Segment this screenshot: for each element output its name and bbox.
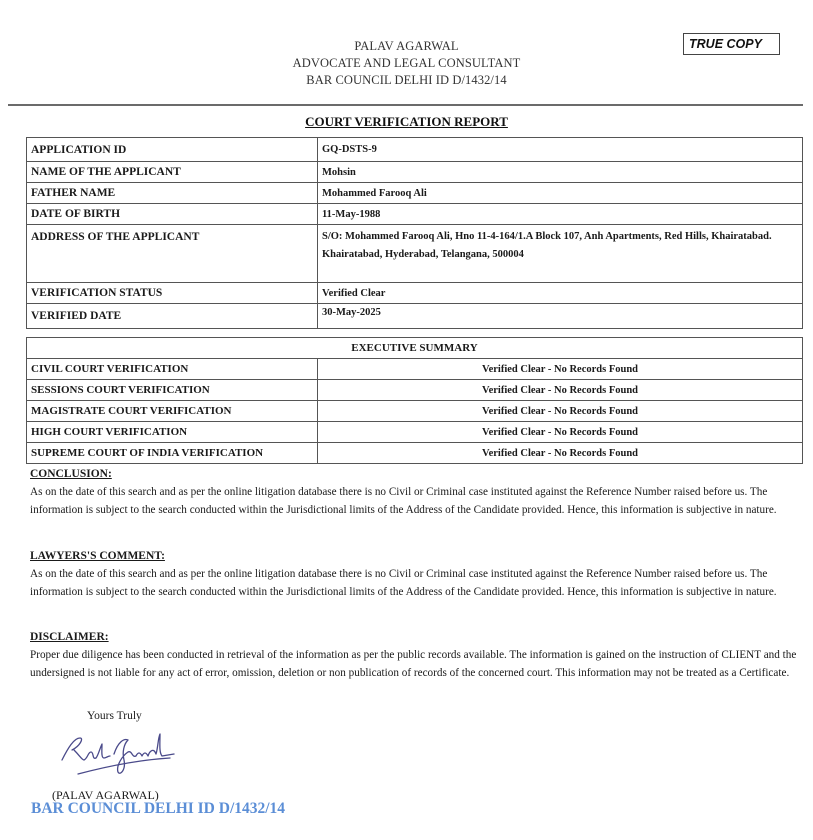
header-divider — [8, 104, 803, 106]
table-row: SESSIONS COURT VERIFICATION Verified Cle… — [27, 380, 803, 401]
table-row: MAGISTRATE COURT VERIFICATION Verified C… — [27, 401, 803, 422]
field-label: DATE OF BIRTH — [27, 204, 318, 225]
court-status: Verified Clear - No Records Found — [318, 359, 803, 380]
field-label: VERIFIED DATE — [27, 304, 318, 329]
court-status: Verified Clear - No Records Found — [318, 380, 803, 401]
table-row: VERIFIED DATE 30-May-2025 — [27, 304, 803, 329]
field-label: VERIFICATION STATUS — [27, 283, 318, 304]
executive-summary-table: EXECUTIVE SUMMARY CIVIL COURT VERIFICATI… — [26, 337, 803, 464]
field-value: 30-May-2025 — [318, 304, 803, 329]
field-value: Verified Clear — [318, 283, 803, 304]
field-label: NAME OF THE APPLICANT — [27, 162, 318, 183]
field-value: Mohammed Farooq Ali — [318, 183, 803, 204]
disclaimer-section: DISCLAIMER: Proper due diligence has bee… — [30, 629, 800, 682]
table-row: DATE OF BIRTH 11-May-1988 — [27, 204, 803, 225]
court-label: SUPREME COURT OF INDIA VERIFICATION — [27, 443, 318, 464]
lawyers-comment-body: As on the date of this search and as per… — [30, 565, 800, 601]
court-status: Verified Clear - No Records Found — [318, 422, 803, 443]
court-label: CIVIL COURT VERIFICATION — [27, 359, 318, 380]
advocate-role: ADVOCATE AND LEGAL CONSULTANT — [0, 55, 813, 72]
field-value: 11-May-1988 — [318, 204, 803, 225]
applicant-details-table: APPLICATION ID GQ-DSTS-9 NAME OF THE APP… — [26, 137, 803, 329]
advocate-bar-id: BAR COUNCIL DELHI ID D/1432/14 — [0, 72, 813, 89]
table-row: FATHER NAME Mohammed Farooq Ali — [27, 183, 803, 204]
disclaimer-title: DISCLAIMER: — [30, 629, 800, 645]
footer-bar-id: BAR COUNCIL DELHI ID D/1432/14 — [31, 800, 285, 818]
table-row: VERIFICATION STATUS Verified Clear — [27, 283, 803, 304]
table-row: HIGH COURT VERIFICATION Verified Clear -… — [27, 422, 803, 443]
court-label: MAGISTRATE COURT VERIFICATION — [27, 401, 318, 422]
true-copy-stamp: TRUE COPY — [683, 33, 780, 55]
court-status: Verified Clear - No Records Found — [318, 401, 803, 422]
report-title: COURT VERIFICATION REPORT — [0, 114, 813, 130]
executive-summary-title: EXECUTIVE SUMMARY — [27, 338, 803, 359]
conclusion-body: As on the date of this search and as per… — [30, 483, 800, 519]
field-label: APPLICATION ID — [27, 138, 318, 162]
conclusion-section: CONCLUSION: As on the date of this searc… — [30, 466, 800, 519]
conclusion-title: CONCLUSION: — [30, 466, 800, 482]
court-status: Verified Clear - No Records Found — [318, 443, 803, 464]
field-value: Mohsin — [318, 162, 803, 183]
table-row: SUPREME COURT OF INDIA VERIFICATION Veri… — [27, 443, 803, 464]
table-row: APPLICATION ID GQ-DSTS-9 — [27, 138, 803, 162]
table-row: NAME OF THE APPLICANT Mohsin — [27, 162, 803, 183]
lawyers-comment-title: LAWYERS'S COMMENT: — [30, 548, 800, 564]
field-label: ADDRESS OF THE APPLICANT — [27, 225, 318, 283]
field-label: FATHER NAME — [27, 183, 318, 204]
signature-icon — [58, 730, 178, 782]
disclaimer-body: Proper due diligence has been conducted … — [30, 646, 800, 682]
lawyers-comment-section: LAWYERS'S COMMENT: As on the date of thi… — [30, 548, 800, 601]
table-row: ADDRESS OF THE APPLICANT S/O: Mohammed F… — [27, 225, 803, 283]
field-value: GQ-DSTS-9 — [318, 138, 803, 162]
table-row: CIVIL COURT VERIFICATION Verified Clear … — [27, 359, 803, 380]
closing-text: Yours Truly — [87, 710, 142, 722]
table-header-row: EXECUTIVE SUMMARY — [27, 338, 803, 359]
field-value: S/O: Mohammed Farooq Ali, Hno 11-4-164/1… — [318, 225, 803, 283]
court-label: SESSIONS COURT VERIFICATION — [27, 380, 318, 401]
court-label: HIGH COURT VERIFICATION — [27, 422, 318, 443]
